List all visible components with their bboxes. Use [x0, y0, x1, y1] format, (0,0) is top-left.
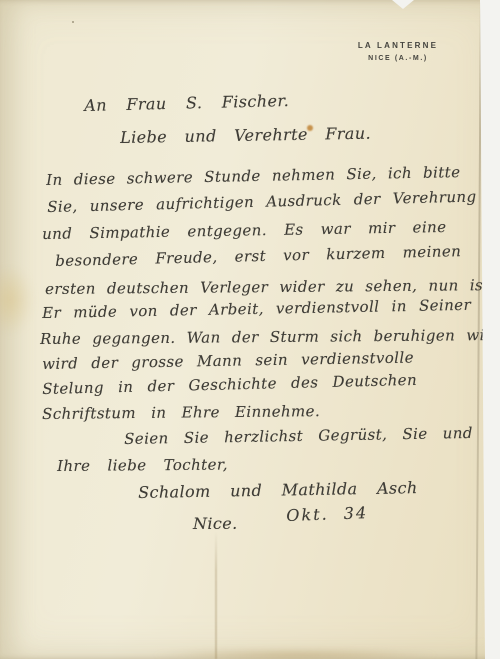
fold-crease: [215, 532, 217, 659]
body-line-6: Er müde von der Arbeit, verdienstvoll in…: [42, 296, 471, 322]
body-line-10: Schriftstum in Ehre Einnehme.: [42, 402, 320, 423]
body-line-4: besondere Freude, erst vor kurzem meinen: [55, 242, 461, 270]
letter-paper: LA LANTERNE NICE (A.-M.) An Frau S. Fisc…: [0, 0, 500, 659]
signature-line: Schalom und Mathilda Asch: [138, 478, 418, 502]
body-line-2: Sie, unsere aufrichtigen Ausdruck der Ve…: [47, 188, 477, 216]
letterhead-city: NICE (A.-M.): [352, 54, 444, 63]
recipient-line: An Frau S. Fischer.: [84, 91, 289, 115]
letterhead: LA LANTERNE NICE (A.-M.): [352, 41, 444, 63]
body-line-8: wird der grosse Mann sein verdienstvolle: [42, 349, 414, 373]
body-line-9: Stelung in der Geschichte des Deutschen: [42, 371, 417, 398]
body-line-7: Ruhe gegangen. Wan der Sturm sich beruhi…: [40, 326, 500, 348]
paper-speck: [72, 21, 74, 23]
body-line-5: ersten deutschen Verleger wider zu sehen…: [45, 276, 490, 298]
bottom-smudge: [150, 648, 440, 659]
yellow-stain: [0, 265, 34, 335]
letterhead-name: LA LANTERNE: [352, 41, 444, 50]
body-line-3: und Simpathie entgegen. Es war mir eine: [42, 218, 447, 243]
body-line-1: In diese schwere Stunde nehmen Sie, ich …: [46, 163, 461, 189]
place: Nice.: [193, 514, 238, 533]
salutation-line: Liebe und Verehrte Frau.: [120, 124, 371, 147]
closing-line-1: Seien Sie herzlichst Gegrüst, Sie und: [124, 424, 473, 448]
closing-line-2: Ihre liebe Tochter,: [57, 456, 228, 475]
scanned-letter-scene: LA LANTERNE NICE (A.-M.) An Frau S. Fisc…: [0, 0, 500, 659]
date: Okt. 34: [286, 503, 368, 525]
